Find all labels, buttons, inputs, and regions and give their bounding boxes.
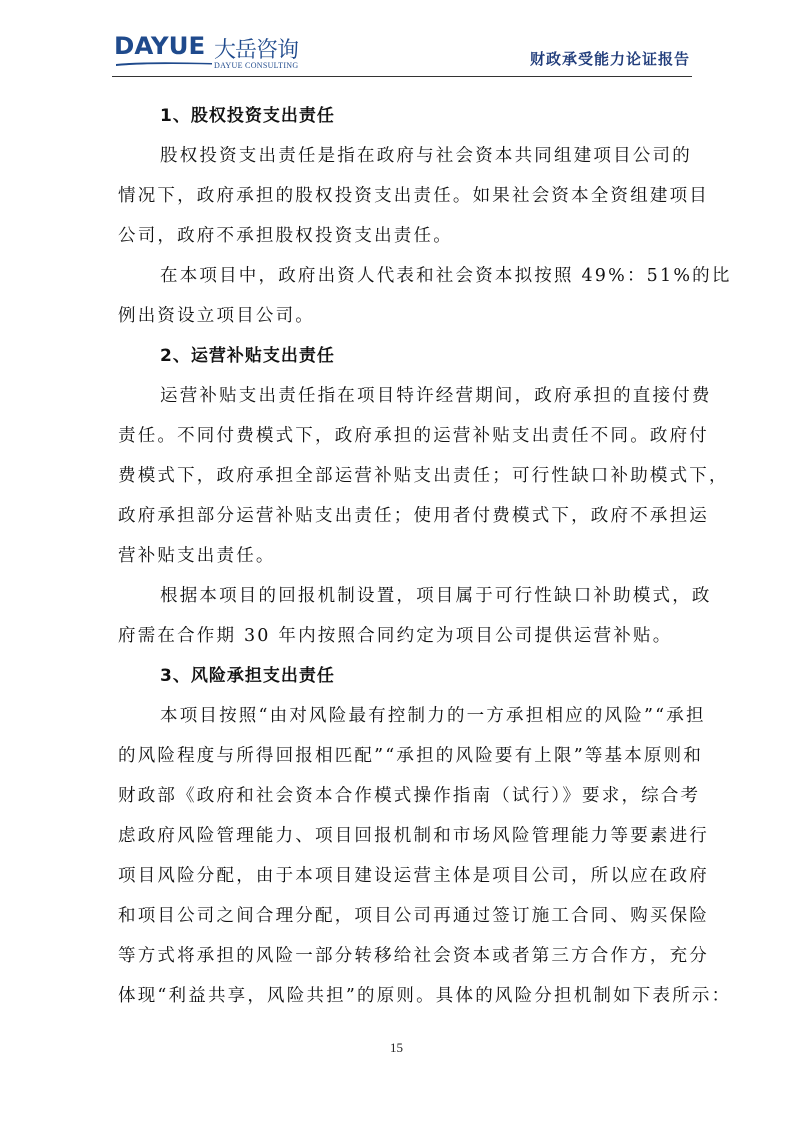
paragraph-line: 等方式将承担的风险一部分转移给社会资本或者第三方合作方，充分 [118,936,683,976]
logo-subtitle: DAYUE CONSULTING [214,61,298,70]
logo-text-cn: 大岳咨询 [214,33,298,64]
paragraph-line: 股权投资支出责任是指在政府与社会资本共同组建项目公司的 [118,136,683,176]
paragraph-line: 在本项目中，政府出资人代表和社会资本拟按照 49%：51%的比 [118,256,683,296]
paragraph-line: 责任。不同付费模式下，政府承担的运营补贴支出责任不同。政府付 [118,416,683,456]
section-heading: 3、风险承担支出责任 [118,656,683,696]
paragraph-line: 根据本项目的回报机制设置，项目属于可行性缺口补助模式，政 [118,576,683,616]
section-heading: 1、股权投资支出责任 [118,96,683,136]
page-header: DAYUE 大岳咨询 DAYUE CONSULTING 财政承受能力论证报告 [112,30,692,78]
paragraph-line: 政府承担部分运营补贴支出责任；使用者付费模式下，政府不承担运 [118,496,683,536]
document-title: 财政承受能力论证报告 [530,48,690,69]
paragraph-line: 公司，政府不承担股权投资支出责任。 [118,216,683,256]
paragraph-line: 运营补贴支出责任指在项目特许经营期间，政府承担的直接付费 [118,376,683,416]
paragraph-line: 财政部《政府和社会资本合作模式操作指南（试行）》要求，综合考 [118,776,683,816]
paragraph-line: 和项目公司之间合理分配，项目公司再通过签订施工合同、购买保险 [118,896,683,936]
logo-text-en: DAYUE [114,32,205,60]
paragraph-line: 体现“利益共享，风险共担”的原则。具体的风险分担机制如下表所示： [118,976,683,1016]
header-divider [112,76,692,77]
paragraph-line: 的风险程度与所得回报相匹配”“承担的风险要有上限”等基本原则和 [118,736,683,776]
logo-swoosh-icon [116,61,212,66]
paragraph-line: 例出资设立项目公司。 [118,296,683,336]
paragraph-line: 本项目按照“由对风险最有控制力的一方承担相应的风险”“承担 [118,696,683,736]
document-body: 1、股权投资支出责任 股权投资支出责任是指在政府与社会资本共同组建项目公司的 情… [118,96,683,1016]
section-heading: 2、运营补贴支出责任 [118,336,683,376]
paragraph-line: 虑政府风险管理能力、项目回报机制和市场风险管理能力等要素进行 [118,816,683,856]
company-logo: DAYUE 大岳咨询 DAYUE CONSULTING [114,32,314,72]
paragraph-line: 府需在合作期 30 年内按照合同约定为项目公司提供运营补贴。 [118,616,683,656]
paragraph-line: 营补贴支出责任。 [118,536,683,576]
page-number: 15 [0,1040,793,1056]
paragraph-line: 项目风险分配，由于本项目建设运营主体是项目公司，所以应在政府 [118,856,683,896]
paragraph-line: 情况下，政府承担的股权投资支出责任。如果社会资本全资组建项目 [118,176,683,216]
paragraph-line: 费模式下，政府承担全部运营补贴支出责任；可行性缺口补助模式下， [118,456,683,496]
